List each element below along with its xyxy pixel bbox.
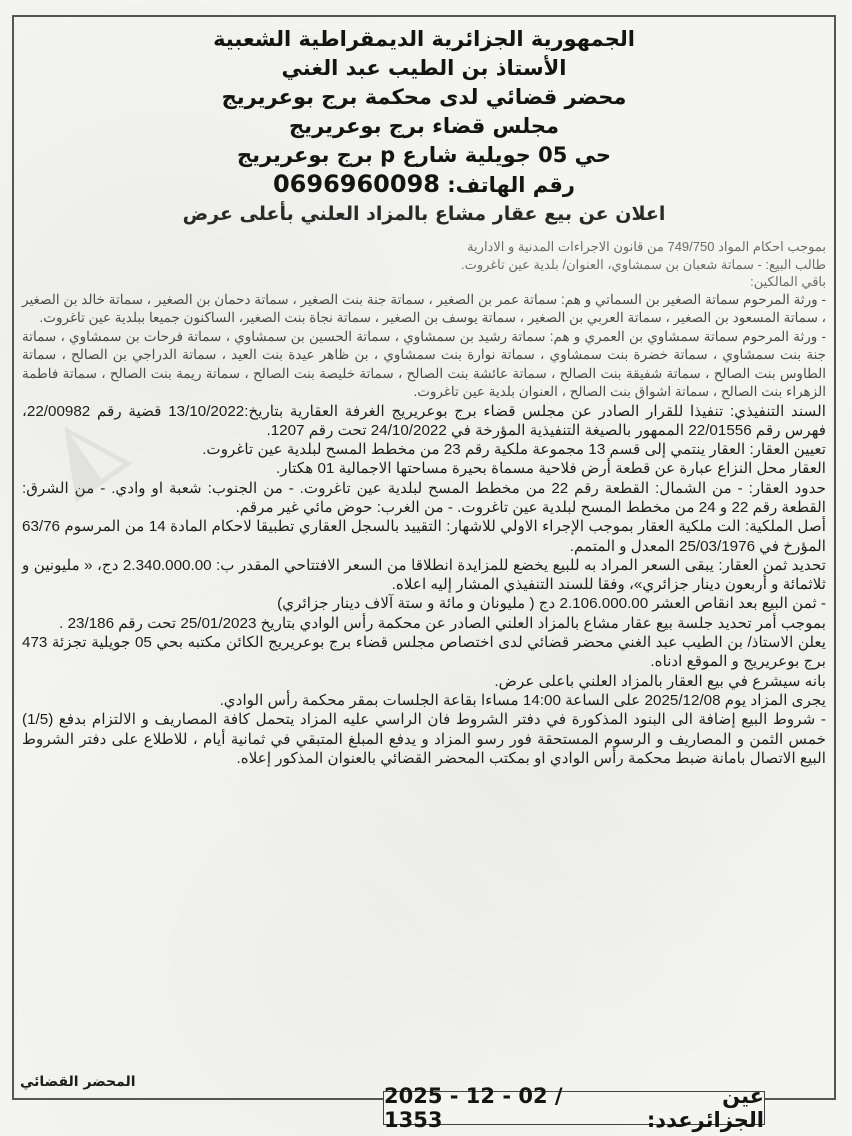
bailiff-announcement: يعلن الاستاذ/ بن الطيب عبد الغني محضر قض… xyxy=(22,633,826,672)
country-name: الجمهورية الجزائرية الديمقراطية الشعبية xyxy=(14,25,834,54)
legal-basis: بموجب احكام المواد 749/750 من قانون الاج… xyxy=(22,238,826,256)
bailiff-name: الأستاذ بن الطيب عبد الغني xyxy=(14,54,834,83)
court-order: بموجب أمر تحديد جلسة بيع عقار مشاع بالمز… xyxy=(22,614,826,633)
auction-start: بانه سيشرع في بيع العقار بالمزاد العلني … xyxy=(22,672,826,691)
office-address: حي 05 جويلية شارع p برج بوعريريج xyxy=(14,141,834,170)
phone-number: 0696960098 xyxy=(273,170,440,198)
newspaper-name: عين الجزائرعدد: xyxy=(613,1084,764,1132)
legal-notice-frame: ◭ الجمهورية الجزائرية الديمقراطية الشعبي… xyxy=(12,15,836,1100)
signature: المحضر القضائي xyxy=(20,1074,136,1090)
property-boundaries: حدود العقار: - من الشمال: القطعة رقم 22 … xyxy=(22,479,826,518)
reduced-price: - ثمن البيع بعد انقاص العشر 2.106.000.00… xyxy=(22,594,826,613)
sale-conditions: - شروط البيع إضافة الى البنود المذكورة ف… xyxy=(22,710,826,768)
phone-line: رقم الهاتف: 0696960098 xyxy=(14,170,834,200)
property-identification: تعيين العقار: العقار ينتمي إلى قسم 13 مج… xyxy=(22,440,826,459)
auction-date: يجرى المزاد يوم 2025/12/08 على الساعة 14… xyxy=(22,691,826,710)
bailiff-role: محضر قضائي لدى محكمة برج بوعريريج xyxy=(14,83,834,112)
notice-title: اعلان عن بيع عقار مشاع بالمزاد العلني بأ… xyxy=(14,200,834,228)
sale-requester: طالب البيع: - سماتة شعبان بن سمشاوي، الع… xyxy=(22,256,826,274)
issue-and-date: 2025 - 12 - 02 / 1353 xyxy=(384,1084,607,1132)
notice-header: الجمهورية الجزائرية الديمقراطية الشعبية … xyxy=(14,25,834,228)
phone-label: رقم الهاتف: xyxy=(447,173,575,197)
heirs-group-1: - ورثة المرحوم سماتة الصغير بن السماتي و… xyxy=(22,291,826,328)
ownership-origin: أصل الملكية: الت ملكية العقار بموجب الإج… xyxy=(22,517,826,556)
notice-body: بموجب احكام المواد 749/750 من قانون الاج… xyxy=(14,228,834,768)
court-council: مجلس قضاء برج بوعريريج xyxy=(14,112,834,141)
enforcement-title: السند التنفيذي: تنفيذا للقرار الصادر عن … xyxy=(22,402,826,441)
opening-price: تحديد ثمن العقار: يبقى السعر المراد به ل… xyxy=(22,556,826,595)
heirs-group-2: - ورثة المرحوم سماتة سمشاوي بن العمري و … xyxy=(22,328,826,402)
property-description: العقار محل النزاع عبارة عن قطعة أرض فلاح… xyxy=(22,459,826,478)
newspaper-stamp: عين الجزائرعدد: 2025 - 12 - 02 / 1353 xyxy=(383,1091,765,1125)
other-owners-label: باقي المالكين: xyxy=(22,273,826,291)
